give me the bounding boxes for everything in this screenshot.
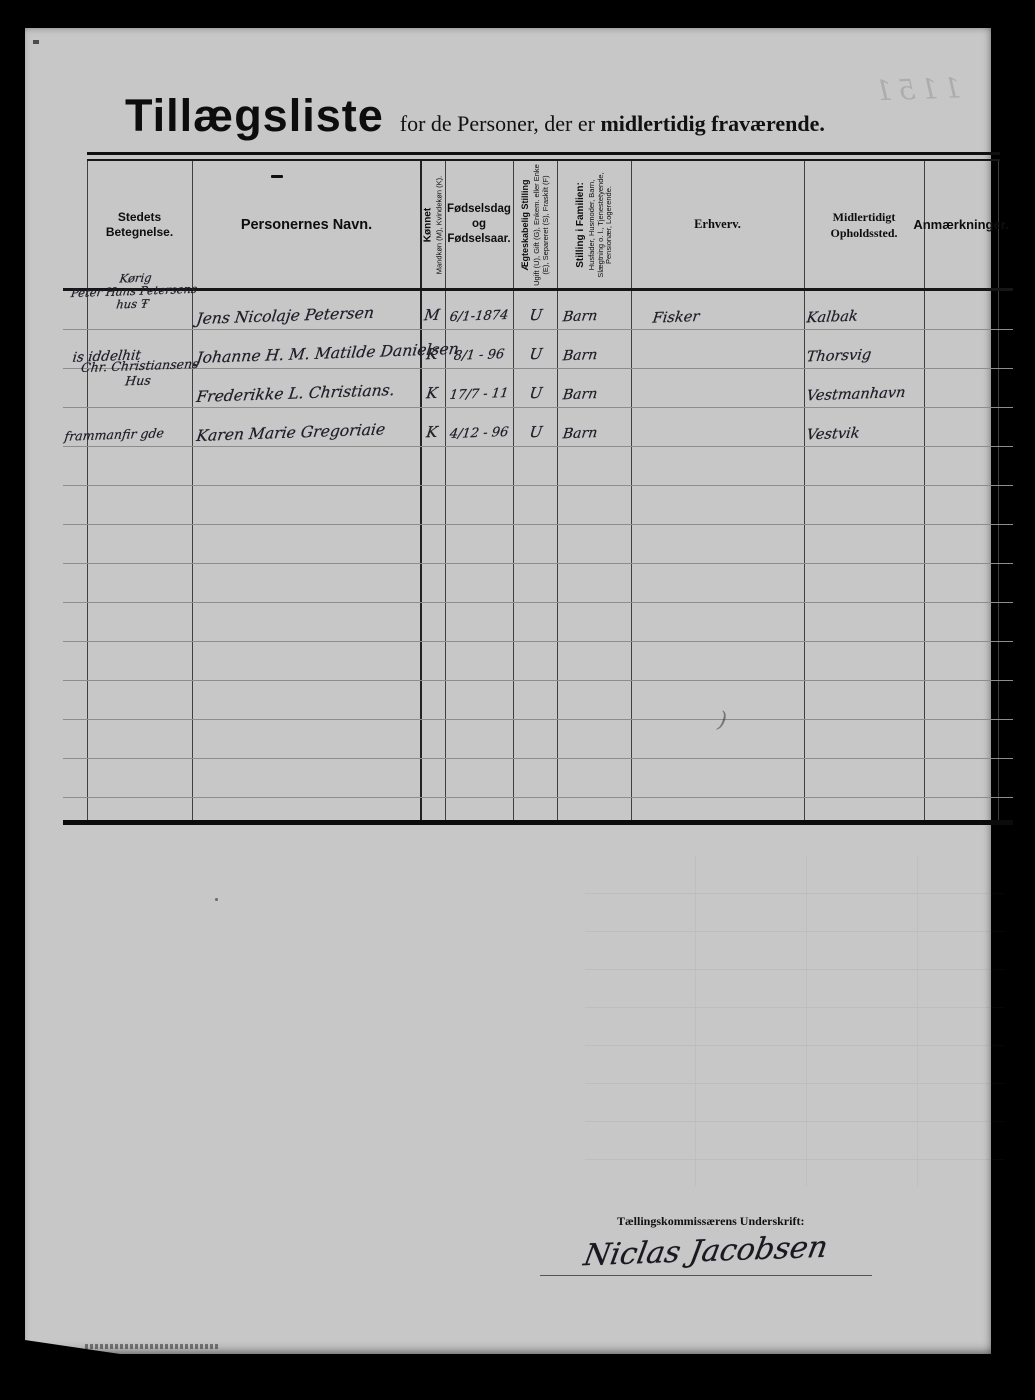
table-row-empty: [63, 525, 1013, 564]
table-row-empty: [63, 798, 1013, 836]
cell-occupation: Fisker: [652, 305, 805, 326]
table-row-empty: [63, 681, 1013, 720]
column-header-family-text: Stilling i Familien: Husfader, Husmoder,…: [575, 164, 614, 286]
cell-marital: U: [514, 422, 558, 441]
cell-marital: U: [514, 383, 558, 402]
cell-birth: 6/1-1874: [442, 308, 516, 326]
column-header-marital: Ægteskabelig Stilling Ugift (U), Gift (G…: [513, 161, 557, 288]
marital-header-sub: Ugift (U), Gift (G), Enkem. eller Enke (…: [533, 164, 550, 286]
table-row-empty: [63, 486, 1013, 525]
subtitle-regular: for de Personer, der er: [400, 111, 595, 136]
cell-residence: Vestmanhavn: [806, 384, 944, 405]
column-header-name: Personernes Navn.: [192, 161, 421, 288]
marital-header-title: Ægteskabelig Stilling: [520, 164, 531, 286]
bleed-through-ghost-text: 1151: [869, 71, 961, 107]
table-row-empty: [63, 603, 1013, 642]
cell-birth: 4/12 - 96: [442, 425, 516, 443]
column-header-sex-text: Kønnet Mandkøn (M), Kvindekøn (K).: [422, 164, 444, 286]
cell-marital: U: [514, 344, 558, 363]
table-row-empty: [63, 447, 1013, 486]
ink-speck-icon: [215, 898, 218, 901]
cell-name: Frederikke L. Christians.: [195, 380, 426, 406]
table-row-empty: [63, 720, 1013, 759]
cell-family: Barn: [562, 346, 634, 364]
page-title-bar: Tillægsliste for de Personer, der er mid…: [125, 90, 825, 142]
cell-family: Barn: [562, 307, 634, 325]
census-table: Stedets Betegnelse. Personernes Navn. Kø…: [63, 161, 1013, 825]
bleed-through-grid: [585, 856, 1005, 1186]
column-header-remarks: Anmærkninger.: [924, 161, 998, 288]
table-row: frammanfir gdeKaren Marie GregoriaieK4/1…: [63, 408, 1013, 447]
family-header-title: Stilling i Familien:: [575, 164, 586, 286]
signature-label: Tællingskommissærens Underskrift:: [617, 1214, 804, 1229]
column-header-birth: Fødselsdag og Fødselsaar.: [445, 161, 513, 288]
commissioner-signature: Niclas Jacobsen: [581, 1230, 830, 1273]
title-divider-rule: [87, 152, 1000, 161]
page-title: Tillægsliste: [125, 90, 384, 142]
cell-residence: Thorsvig: [806, 345, 944, 366]
table-row-empty: [63, 759, 1013, 798]
table-row-empty: [63, 564, 1013, 603]
printer-mark: [85, 1344, 220, 1349]
cell-name: Karen Marie Gregoriaie: [195, 419, 426, 445]
column-header-occupation: Erhverv.: [631, 161, 804, 288]
column-header-family: Stilling i Familien: Husfader, Husmoder,…: [557, 161, 631, 288]
table-row: Chr. Christiansens HusFrederikke L. Chri…: [63, 369, 1013, 408]
table-row-empty: [63, 642, 1013, 681]
cell-place: Chr. Christiansens Hus: [63, 355, 215, 390]
page-subtitle: for de Personer, der er midlertidig frav…: [400, 111, 825, 137]
cell-place: Kørig Peter Hans Petersens hus Ŧ: [62, 270, 205, 314]
cell-residence: Vestvik: [806, 423, 944, 444]
subtitle-bold: midlertidig fraværende.: [600, 111, 824, 136]
column-header-residence: Midlertidigt Opholdssted.: [804, 161, 924, 288]
cell-residence: Kalbak: [806, 306, 944, 327]
table-row: Kørig Peter Hans Petersens hus ŦJens Nic…: [63, 291, 1013, 330]
cell-marital: U: [514, 305, 558, 324]
cell-name: Jens Nicolaje Petersen: [195, 302, 426, 328]
sex-header-title: Kønnet: [422, 164, 433, 286]
ink-speck-icon: [33, 40, 39, 44]
scanned-census-page: Tillægsliste for de Personer, der er mid…: [25, 28, 991, 1354]
cell-family: Barn: [562, 424, 634, 442]
table-body: Kørig Peter Hans Petersens hus ŦJens Nic…: [63, 291, 1013, 836]
column-header-place: Stedets Betegnelse.: [87, 161, 192, 288]
signature-underline: [540, 1275, 872, 1276]
cell-birth: 17/7 - 11: [442, 386, 516, 404]
column-header-sex: Kønnet Mandkøn (M), Kvindekøn (K).: [421, 161, 445, 288]
column-header-marital-text: Ægteskabelig Stilling Ugift (U), Gift (G…: [520, 164, 550, 286]
cell-birth: 8/1 - 96: [442, 347, 516, 365]
sex-header-sub: Mandkøn (M), Kvindekøn (K).: [435, 164, 444, 286]
family-header-sub: Husfader, Husmoder, Barn, Slægtning o. l…: [588, 164, 614, 286]
cell-family: Barn: [562, 385, 634, 403]
